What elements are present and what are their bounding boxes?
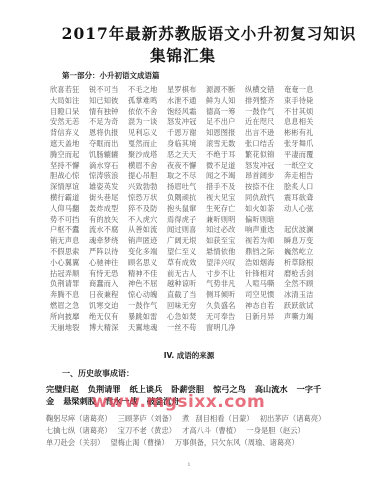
idiom-cell: 排列整齐: [245, 96, 284, 107]
people-idiom-line: 鞠躬尽瘁（诸葛亮）三顾茅庐（刘备）煮刮目相看（吕蒙）初出茅庐（诸葛亮）: [46, 413, 346, 425]
idiom-cell: 张口结舌: [245, 139, 284, 150]
idiom-cell: 心急如焚: [167, 312, 206, 323]
idiom-cell: 无可奉告: [206, 312, 245, 323]
idiom-cell: 侧耳倾听: [206, 290, 245, 301]
people-idiom: 宝刀不老（黄忠）: [118, 426, 176, 435]
idiom-cell: 源源不断: [206, 85, 245, 96]
idiom-cell: [245, 323, 284, 334]
idiom-cell: 不甘其烦: [284, 107, 323, 118]
idiom-cell: 负隅顽抗: [167, 193, 206, 204]
idiom-cell: 奔走相告: [284, 171, 323, 182]
idiom-cell: 遮天盖地: [50, 139, 89, 150]
people-idiom-line: 单刀赴会（关羽）望梅止渴（曹操）万事俱备，只欠东风（周瑜、诸葛亮）: [46, 437, 346, 449]
idiom-cell: 视若为师: [245, 236, 284, 247]
idiom-cell: 神态自若: [245, 301, 284, 312]
idiom-cell: 饥肠辘辘: [89, 150, 128, 161]
idiom-cell: 全然不顾: [284, 279, 323, 290]
idiom-row: 深情厚谊雄姿英发兴致勃勃扬眉吐气措手不及按捺不住脍炙人口: [50, 182, 360, 193]
idiom-grid: 欣喜若狂锐不可当不毛之地星罗棋布源源不断纵横交错奄奄一息大局如注知已知彼孤掌难鸣…: [50, 85, 360, 333]
idiom-cell: 饱经风霜: [167, 107, 206, 118]
idiom-cell: 猝不及防: [128, 204, 167, 215]
idiom-cell: 抱头鼠窜: [167, 204, 206, 215]
idiom-row: 大局如注知已知彼孤掌难鸣水泄不通鲜为人知排列整齐束手待毙: [50, 96, 360, 107]
idiom-cell: 析草除根: [284, 258, 323, 269]
idiom-cell: 如获至宝: [206, 236, 245, 247]
idiom-row: 欣喜若狂锐不可当不毛之地星罗棋布源源不断纵横交错奄奄一息: [50, 85, 360, 96]
idiom-cell: 夺眶而出: [89, 139, 128, 150]
idiom-cell: 知恩图报: [206, 128, 245, 139]
people-idiom: 单刀赴会（关羽）: [46, 438, 104, 447]
idiom-row: 胆战心惊惊涛骇浪提心吊胆取之不尽闻之不竭昂首阔步奔走相告: [50, 171, 360, 182]
idiom-cell: 纵横交错: [245, 85, 284, 96]
idiom-cell: 轰炸成型: [89, 204, 128, 215]
people-idiom: 刮目相看（吕蒙）: [195, 414, 253, 423]
idiom-cell: 脍炙人口: [284, 182, 323, 193]
idiom-cell: 从善如流: [128, 225, 167, 236]
idiom-cell: 兴致勃勃: [128, 182, 167, 193]
section1-heading: 一、历史故事成语：: [62, 368, 134, 379]
idiom-cell: 生死存亡: [206, 204, 245, 215]
idiom-cell: 流水不腐: [89, 225, 128, 236]
idiom-cell: 彬彬有礼: [284, 128, 323, 139]
idiom-cell: 如火如荼: [245, 204, 284, 215]
idiom-cell: 锐不可当: [89, 85, 128, 96]
idiom-cell: 一丝不苟: [167, 323, 206, 334]
idiom-row: 横行霸道街头巷尾惊恐万状负隅顽抗视大见宝同仇敌忾震耳欲聋: [50, 193, 360, 204]
idiom-cell: 草有成效: [167, 258, 206, 269]
idiom-cell: 天崩地裂: [50, 323, 89, 334]
idiom-cell: 知过必改: [206, 225, 245, 236]
idiom-cell: 按捺不住: [245, 182, 284, 193]
idiom-cell: 奔腾不息: [50, 290, 89, 301]
idiom-cell: 不假思索: [50, 247, 89, 258]
idiom-cell: 息息相关: [284, 117, 323, 128]
idiom-row: 负荆请罪商蠢而入神色不屈越种谅听气势非凡人喧马嘶全然不顾: [50, 279, 360, 290]
idiom-cell: 情有独钟: [89, 107, 128, 118]
idiom-cell: 繁花似锦: [245, 150, 284, 161]
people-idiom: 一身是胆（赵云）: [246, 426, 304, 435]
idiom-row: 目瞪口呆情有独钟依依不舍饱经风霜德高一筹一鼓作气不甘其烦: [50, 107, 360, 118]
idiom-cell: 闻过则喜: [167, 225, 206, 236]
idiom-row: 背信弃义恩将仇报见利忘义千恩万谢知恩图报出言不逊彬彬有礼: [50, 128, 360, 139]
idiom-cell: 星罗棋布: [167, 85, 206, 96]
people-idioms-list: 鞠躬尽瘁（诸葛亮）三顾茅庐（刘备）煮刮目相看（吕蒙）初出茅庐（诸葛亮）七擒七纵（…: [46, 413, 346, 449]
idiom-cell: 雄姿英发: [89, 182, 128, 193]
idiom-row: 拈冠弄顺有恃无恐精神不佳前无古人寸步不让针锋相对磨枪舌剑: [50, 269, 360, 280]
idiom-cell: 依依不舍: [128, 107, 167, 118]
idiom-cell: 博大精深: [89, 323, 128, 334]
idiom-cell: 有的放矢: [89, 215, 128, 226]
idiom-cell: 怒发冲冠: [245, 161, 284, 172]
idiom-cell: 见利忘义: [128, 128, 167, 139]
idiom-cell: 饥寒交迫: [89, 301, 128, 312]
page-number: 1: [0, 462, 378, 468]
idiom-cell: 横眉不舍: [128, 161, 167, 172]
idiom-cell: 不入虎穴: [128, 215, 167, 226]
idiom-cell: 惊恐万状: [128, 193, 167, 204]
idiom-cell: [284, 323, 323, 334]
idiom-cell: 望仁至义: [167, 247, 206, 258]
idiom-cell: 措手不及: [206, 182, 245, 193]
idiom-cell: 魂牵梦绕: [89, 236, 128, 247]
idiom-cell: 昂首阔步: [245, 171, 284, 182]
idiom-cell: 闻之不竭: [206, 171, 245, 182]
idiom-cell: 巍然屹立: [284, 247, 323, 258]
idiom-cell: 同仇敌忾: [245, 193, 284, 204]
idiom-row: 遮天盖地夺眶而出戛然而止身临其境滚雪无数张口结舌张牙舞爪: [50, 139, 360, 150]
idiom-cell: 精神不佳: [128, 269, 167, 280]
idiom-cell: 日新月异: [245, 312, 284, 323]
idiom-cell: 回味无穷: [167, 301, 206, 312]
idiom-cell: 混为一谈: [128, 117, 167, 128]
idiom-cell: 不足为奇: [89, 117, 128, 128]
idiom-cell: 德高一筹: [206, 107, 245, 118]
idiom-cell: 胆战心惊: [50, 171, 89, 182]
idiom-cell: 惊涛骇浪: [89, 171, 128, 182]
idiom-row: 安然无恙不足为奇混为一谈怒发冲冠足不出户近在咫尺息息相关: [50, 117, 360, 128]
idiom-cell: 久负盛名: [206, 301, 245, 312]
idiom-cell: 天翼地魂: [128, 323, 167, 334]
idiom-cell: 跃跃欲试: [284, 301, 323, 312]
idiom-cell: 窗明几净: [206, 323, 245, 334]
idiom-cell: 人喧马嘶: [245, 279, 284, 290]
idiom-cell: 束手待毙: [284, 96, 323, 107]
idiom-cell: 怒发冲冠: [167, 117, 206, 128]
idiom-cell: 街头巷尾: [89, 193, 128, 204]
idiom-cell: 微不足道: [206, 161, 245, 172]
idiom-cell: 绝无仅有: [89, 312, 128, 323]
idiom-cell: 不毛之地: [128, 85, 167, 96]
idiom-cell: 户枢不蠹: [50, 225, 89, 236]
watermark: www.mgsixx.com: [92, 392, 265, 412]
idiom-row: 销无声息魂牵梦绕销声匿迹广阔无垠如获至宝视若为师瞬息万变: [50, 236, 360, 247]
people-idiom: 三顾茅庐（刘备）: [118, 414, 176, 423]
idiom-cell: 销声匿迹: [128, 236, 167, 247]
idiom-cell: 针锋相对: [245, 269, 284, 280]
idiom-cell: 足不出户: [206, 117, 245, 128]
idiom-cell: 势不可挡: [50, 215, 89, 226]
idiom-cell: 取之不尽: [167, 171, 206, 182]
idiom-cell: 直截了当: [167, 290, 206, 301]
idiom-row: 腾空而起饥肠辘辘聚沙成塔恶之天天不绝于耳繁花似锦平凄而覆: [50, 150, 360, 161]
idiom-cell: 日夜兼程: [89, 290, 128, 301]
idiom-cell: 顾名思义: [128, 258, 167, 269]
idiom-row: 势不可挡有的放矢不入虎穴焉得虎子兼听则明偏听则暗: [50, 215, 360, 226]
idiom-cell: 小心翼翼: [50, 258, 89, 269]
idiom-cell: 销无声息: [50, 236, 89, 247]
idiom-cell: 一纸空文: [284, 161, 323, 172]
idiom-cell: 前无古人: [167, 269, 206, 280]
idiom-cell: 声嘶力竭: [284, 312, 323, 323]
idiom-row: 户枢不蠹流水不腐从善如流闻过则喜知过必改响声重迭起伏波澜: [50, 225, 360, 236]
idiom-cell: 背信弃义: [50, 128, 89, 139]
idiom-row: 燃眉之急饥寒交迫一鼓作气回味无穷久负盛名神态自若跃跃欲试: [50, 301, 360, 312]
idiom-cell: 冰清玉洁: [284, 290, 323, 301]
idiom-row: 不假思索严阵以待变化多端望仁至义悬情依他鼎铛之际巍然屹立: [50, 247, 360, 258]
idiom-cell: 夜夜不懈: [167, 161, 206, 172]
idiom-cell: 坚持不懈: [50, 161, 89, 172]
idiom-cell: 恶之天天: [167, 150, 206, 161]
idiom-cell: 滚雪无数: [206, 139, 245, 150]
idiom-cell: 目瞪口呆: [50, 107, 89, 118]
people-idiom: 才高八斗（曹植）: [182, 426, 240, 435]
idiom-cell: 孤掌难鸣: [128, 96, 167, 107]
idiom-cell: 恩将仇报: [89, 128, 128, 139]
part1-heading: 第一部分：小升初语文成语篇: [62, 70, 160, 81]
idiom-row: 天崩地裂博大精深天翼地魂一丝不苟窗明几净: [50, 323, 360, 334]
idiom-cell: 提心吊胆: [128, 171, 167, 182]
idiom-cell: 心驰神往: [89, 258, 128, 269]
idiom-cell: 焉得虎子: [167, 215, 206, 226]
idiom-cell: 拈冠弄顺: [50, 269, 89, 280]
idiom-cell: 所向披靡: [50, 312, 89, 323]
idiom-cell: 近在咫尺: [245, 117, 284, 128]
idiom-cell: 水泄不通: [167, 96, 206, 107]
idiom-cell: 知已知彼: [89, 96, 128, 107]
idiom-cell: 望洋兴叹: [206, 258, 245, 269]
people-idiom: 初出茅庐（诸葛亮）: [260, 414, 326, 423]
idiom-cell: 越种谅听: [167, 279, 206, 290]
idiom-cell: 磨枪舌剑: [284, 269, 323, 280]
idiom-cell: 聚沙成塔: [128, 150, 167, 161]
people-idiom: 煮: [182, 414, 189, 423]
idiom-cell: 惊心动魄: [128, 290, 167, 301]
idiom-cell: 横行霸道: [50, 193, 89, 204]
idiom-cell: [284, 215, 323, 226]
idiom-cell: 安然无恙: [50, 117, 89, 128]
idiom-cell: 平凄而覆: [284, 150, 323, 161]
idiom-cell: 有恃无恐: [89, 269, 128, 280]
people-idiom: 七擒七纵（诸葛亮）: [46, 426, 112, 435]
idiom-cell: 动人心弦: [284, 204, 323, 215]
idiom-cell: 张牙舞爪: [284, 139, 323, 150]
idiom-row: 坚持不懈滴水穿石横眉不舍夜夜不懈微不足道怒发冲冠一纸空文: [50, 161, 360, 172]
idiom-cell: 人仰马翻: [50, 204, 89, 215]
people-idiom-line: 七擒七纵（诸葛亮）宝刀不老（黄忠）才高八斗（曹植）一身是胆（赵云）: [46, 425, 346, 437]
idiom-cell: 一鼓作气: [128, 301, 167, 312]
idiom-cell: 燃眉之急: [50, 301, 89, 312]
document-page: 2017年最新苏教版语文小升初复习知识 集锦汇集 第一部分：小升初语文成语篇 欣…: [0, 0, 378, 500]
idiom-cell: 广阔无垠: [167, 236, 206, 247]
idiom-cell: 商蠢而入: [89, 279, 128, 290]
idiom-cell: 大局如注: [50, 96, 89, 107]
idiom-cell: 兼听则明: [206, 215, 245, 226]
document-title-line1: 2017年最新苏教版语文小升初复习知识: [20, 22, 378, 44]
section-iv-heading: IV. 成语的来源: [0, 350, 378, 361]
idiom-row: 人仰马翻轰炸成型猝不及防抱头鼠窜生死存亡如火如荼动人心弦: [50, 204, 360, 215]
people-idiom: 望梅止渴（曹操）: [110, 438, 168, 447]
idiom-cell: 深情厚谊: [50, 182, 89, 193]
idiom-cell: 瞬息万变: [284, 236, 323, 247]
idiom-row: 奔腾不息日夜兼程惊心动魄直截了当侧耳倾听司空见惯冰清玉洁: [50, 290, 360, 301]
idiom-cell: 起伏波澜: [284, 225, 323, 236]
idiom-cell: 欣喜若狂: [50, 85, 89, 96]
idiom-cell: 浩如烟海: [245, 258, 284, 269]
idiom-cell: 鼎铛之际: [245, 247, 284, 258]
idiom-cell: 寸步不让: [206, 269, 245, 280]
idiom-cell: 身临其境: [167, 139, 206, 150]
idiom-cell: 戛然而止: [128, 139, 167, 150]
idiom-cell: 气势非凡: [206, 279, 245, 290]
document-title-line2: 集锦汇集: [0, 44, 372, 66]
idiom-cell: 负荆请罪: [50, 279, 89, 290]
idiom-cell: 严阵以待: [89, 247, 128, 258]
idiom-cell: 鲜为人知: [206, 96, 245, 107]
idiom-cell: 暴跳如雷: [128, 312, 167, 323]
idiom-cell: 悬情依他: [206, 247, 245, 258]
idiom-cell: 视大见宝: [206, 193, 245, 204]
history-idiom: 完璧归赵: [46, 384, 79, 394]
idiom-row: 所向披靡绝无仅有暴跳如雷心急如焚无可奉告日新月异声嘶力竭: [50, 312, 360, 323]
idiom-cell: 变化多端: [128, 247, 167, 258]
idiom-cell: 滴水穿石: [89, 161, 128, 172]
idiom-cell: 偏听则暗: [245, 215, 284, 226]
idiom-cell: 一鼓作气: [245, 107, 284, 118]
idiom-cell: 腾空而起: [50, 150, 89, 161]
idiom-cell: 扬眉吐气: [167, 182, 206, 193]
idiom-row: 小心翼翼心驰神往顾名思义草有成效望洋兴叹浩如烟海析草除根: [50, 258, 360, 269]
idiom-cell: 响声重迭: [245, 225, 284, 236]
idiom-cell: 不绝于耳: [206, 150, 245, 161]
people-idiom: 鞠躬尽瘁（诸葛亮）: [46, 414, 112, 423]
people-idiom: 万事俱备，只欠东风（周瑜、诸葛亮）: [175, 438, 299, 447]
idiom-cell: 千恩万谢: [167, 128, 206, 139]
idiom-cell: 出言不逊: [245, 128, 284, 139]
idiom-cell: 奄奄一息: [284, 85, 323, 96]
idiom-cell: 司空见惯: [245, 290, 284, 301]
idiom-cell: 震耳欲聋: [284, 193, 323, 204]
idiom-cell: 神色不屈: [128, 279, 167, 290]
